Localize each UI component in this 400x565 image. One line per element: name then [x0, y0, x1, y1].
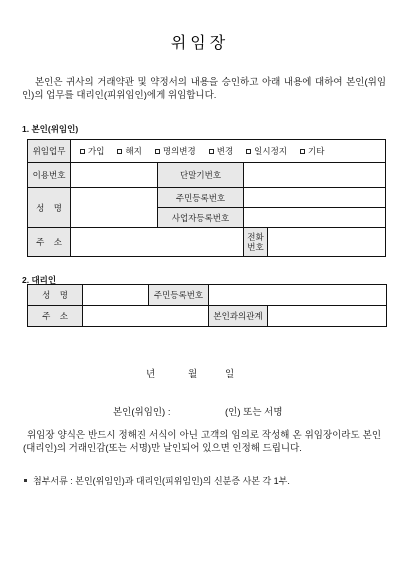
agent-name-label-cell: 성 명 — [28, 285, 83, 306]
option-label: 명의변경 — [163, 145, 196, 157]
agent-address-label-cell: 주 소 — [28, 306, 83, 327]
agent-address-input[interactable] — [83, 306, 209, 327]
terminal-no-label-cell: 단말기번호 — [158, 163, 244, 188]
principal-table: 위임업무 가입 해지 명의변경 변경 일시정지 기타 이용번호 단말기번호 성 … — [27, 139, 386, 257]
document-title: 위임장 — [0, 30, 400, 53]
option-label: 변경 — [217, 145, 233, 157]
attachment-note: 첨부서류 : 본인(위임인)과 대리인(피위임인)의 신분증 사본 각 1부. — [24, 474, 394, 487]
bullet-icon — [24, 479, 27, 482]
agent-name-input[interactable] — [83, 285, 149, 306]
task-options-cell: 가입 해지 명의변경 변경 일시정지 기타 — [71, 140, 386, 163]
brn-label-cell: 사업자등록번호 — [158, 208, 244, 228]
checkbox-icon[interactable] — [300, 149, 305, 154]
phone-label-cell: 전화 번호 — [244, 228, 268, 257]
checkbox-icon[interactable] — [209, 149, 214, 154]
phone-input[interactable] — [268, 228, 386, 257]
checkbox-cancel[interactable]: 해지 — [117, 145, 141, 157]
checkbox-icon[interactable] — [246, 149, 251, 154]
name-input[interactable] — [71, 188, 158, 228]
section1-label: 1. 본인(위임인) — [22, 123, 78, 135]
rrn-input[interactable] — [244, 188, 386, 208]
option-label: 기타 — [308, 145, 324, 157]
option-label: 가입 — [88, 145, 104, 157]
address-label-cell: 주 소 — [28, 228, 71, 257]
signature-method-label: (인) 또는 서명 — [225, 404, 283, 418]
date-month-label: 월 — [188, 366, 197, 380]
terminal-no-input[interactable] — [244, 163, 386, 188]
date-year-label: 년 — [146, 366, 155, 380]
brn-input[interactable] — [244, 208, 386, 228]
agent-rrn-label-cell: 주민등록번호 — [149, 285, 209, 306]
usage-no-input[interactable] — [71, 163, 158, 188]
attachment-text: 첨부서류 : 본인(위임인)과 대리인(피위임인)의 신분증 사본 각 1부. — [33, 474, 290, 487]
agent-table: 성 명 주민등록번호 주 소 본인과의관계 — [27, 284, 387, 327]
rrn-label-cell: 주민등록번호 — [158, 188, 244, 208]
agent-rrn-input[interactable] — [209, 285, 387, 306]
checkbox-icon[interactable] — [155, 149, 160, 154]
option-label: 해지 — [125, 145, 141, 157]
checkbox-icon[interactable] — [117, 149, 122, 154]
checkbox-join[interactable]: 가입 — [80, 145, 104, 157]
document-page: 위임장 본인은 귀사의 거래약관 및 약정서의 내용을 승인하고 아래 내용에 … — [0, 0, 400, 565]
address-input[interactable] — [71, 228, 244, 257]
checkbox-name-change[interactable]: 명의변경 — [155, 145, 196, 157]
name-label-cell: 성 명 — [28, 188, 71, 228]
usage-no-label-cell: 이용번호 — [28, 163, 71, 188]
signature-label: 본인(위임인) : — [113, 404, 171, 418]
relation-label-cell: 본인과의관계 — [209, 306, 268, 327]
date-day-label: 일 — [225, 366, 234, 380]
checkbox-change[interactable]: 변경 — [209, 145, 233, 157]
intro-paragraph: 본인은 귀사의 거래약관 및 약정서의 내용을 승인하고 아래 내용에 대하여 … — [22, 77, 386, 102]
task-label-cell: 위임업무 — [28, 140, 71, 163]
checkbox-icon[interactable] — [80, 149, 85, 154]
option-label: 일시정지 — [254, 145, 287, 157]
relation-input[interactable] — [268, 306, 387, 327]
checkbox-suspend[interactable]: 일시정지 — [246, 145, 287, 157]
checkbox-other[interactable]: 기타 — [300, 145, 324, 157]
notice-paragraph: 위임장 양식은 반드시 정해진 서식이 아닌 고객의 임의로 작성해 온 위임장… — [23, 429, 381, 455]
